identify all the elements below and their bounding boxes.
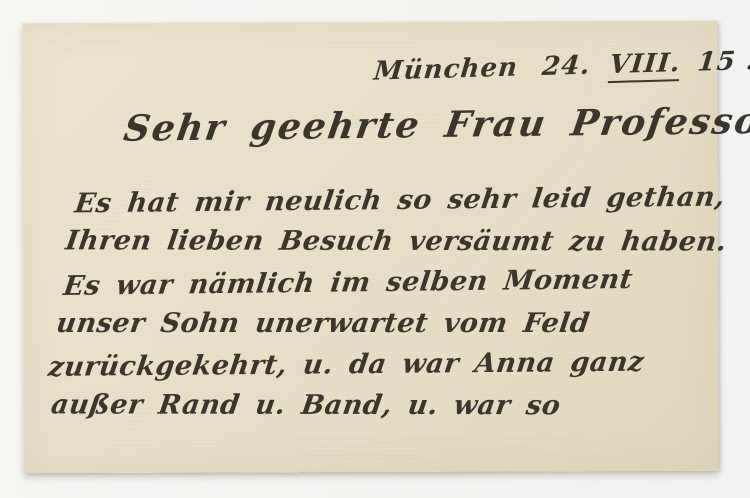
handwriting-line: zurückgekehrt, u. da war Anna ganz (46, 341, 713, 388)
postcard: München 24. VIII. 15 . Sehr geehrte Frau… (22, 21, 719, 473)
dateline: München 24. VIII. 15 . (372, 46, 750, 87)
photo-background: München 24. VIII. 15 . Sehr geehrte Frau… (0, 0, 750, 498)
handwriting-line: Ihren lieben Besuch versäumt zu haben. (63, 220, 730, 262)
letter-body: Es hat mir neulich so sehr leid gethan, … (40, 179, 735, 427)
handwriting-line: unser Sohn unerwartet vom Feld (54, 303, 719, 344)
dateline-day: 24. (541, 51, 592, 82)
dateline-year: 15 . (696, 46, 750, 78)
handwriting-line: Es war nämlich im selben Moment (61, 258, 724, 307)
dateline-month-underlined: VIII. (608, 48, 682, 83)
salutation: Sehr geehrte Frau Professor! (121, 100, 750, 150)
handwriting-line: Es hat mir neulich so sehr leid gethan, (72, 176, 735, 224)
handwriting-line: außer Rand u. Band, u. war so (48, 384, 707, 426)
dateline-city: München (372, 53, 519, 87)
